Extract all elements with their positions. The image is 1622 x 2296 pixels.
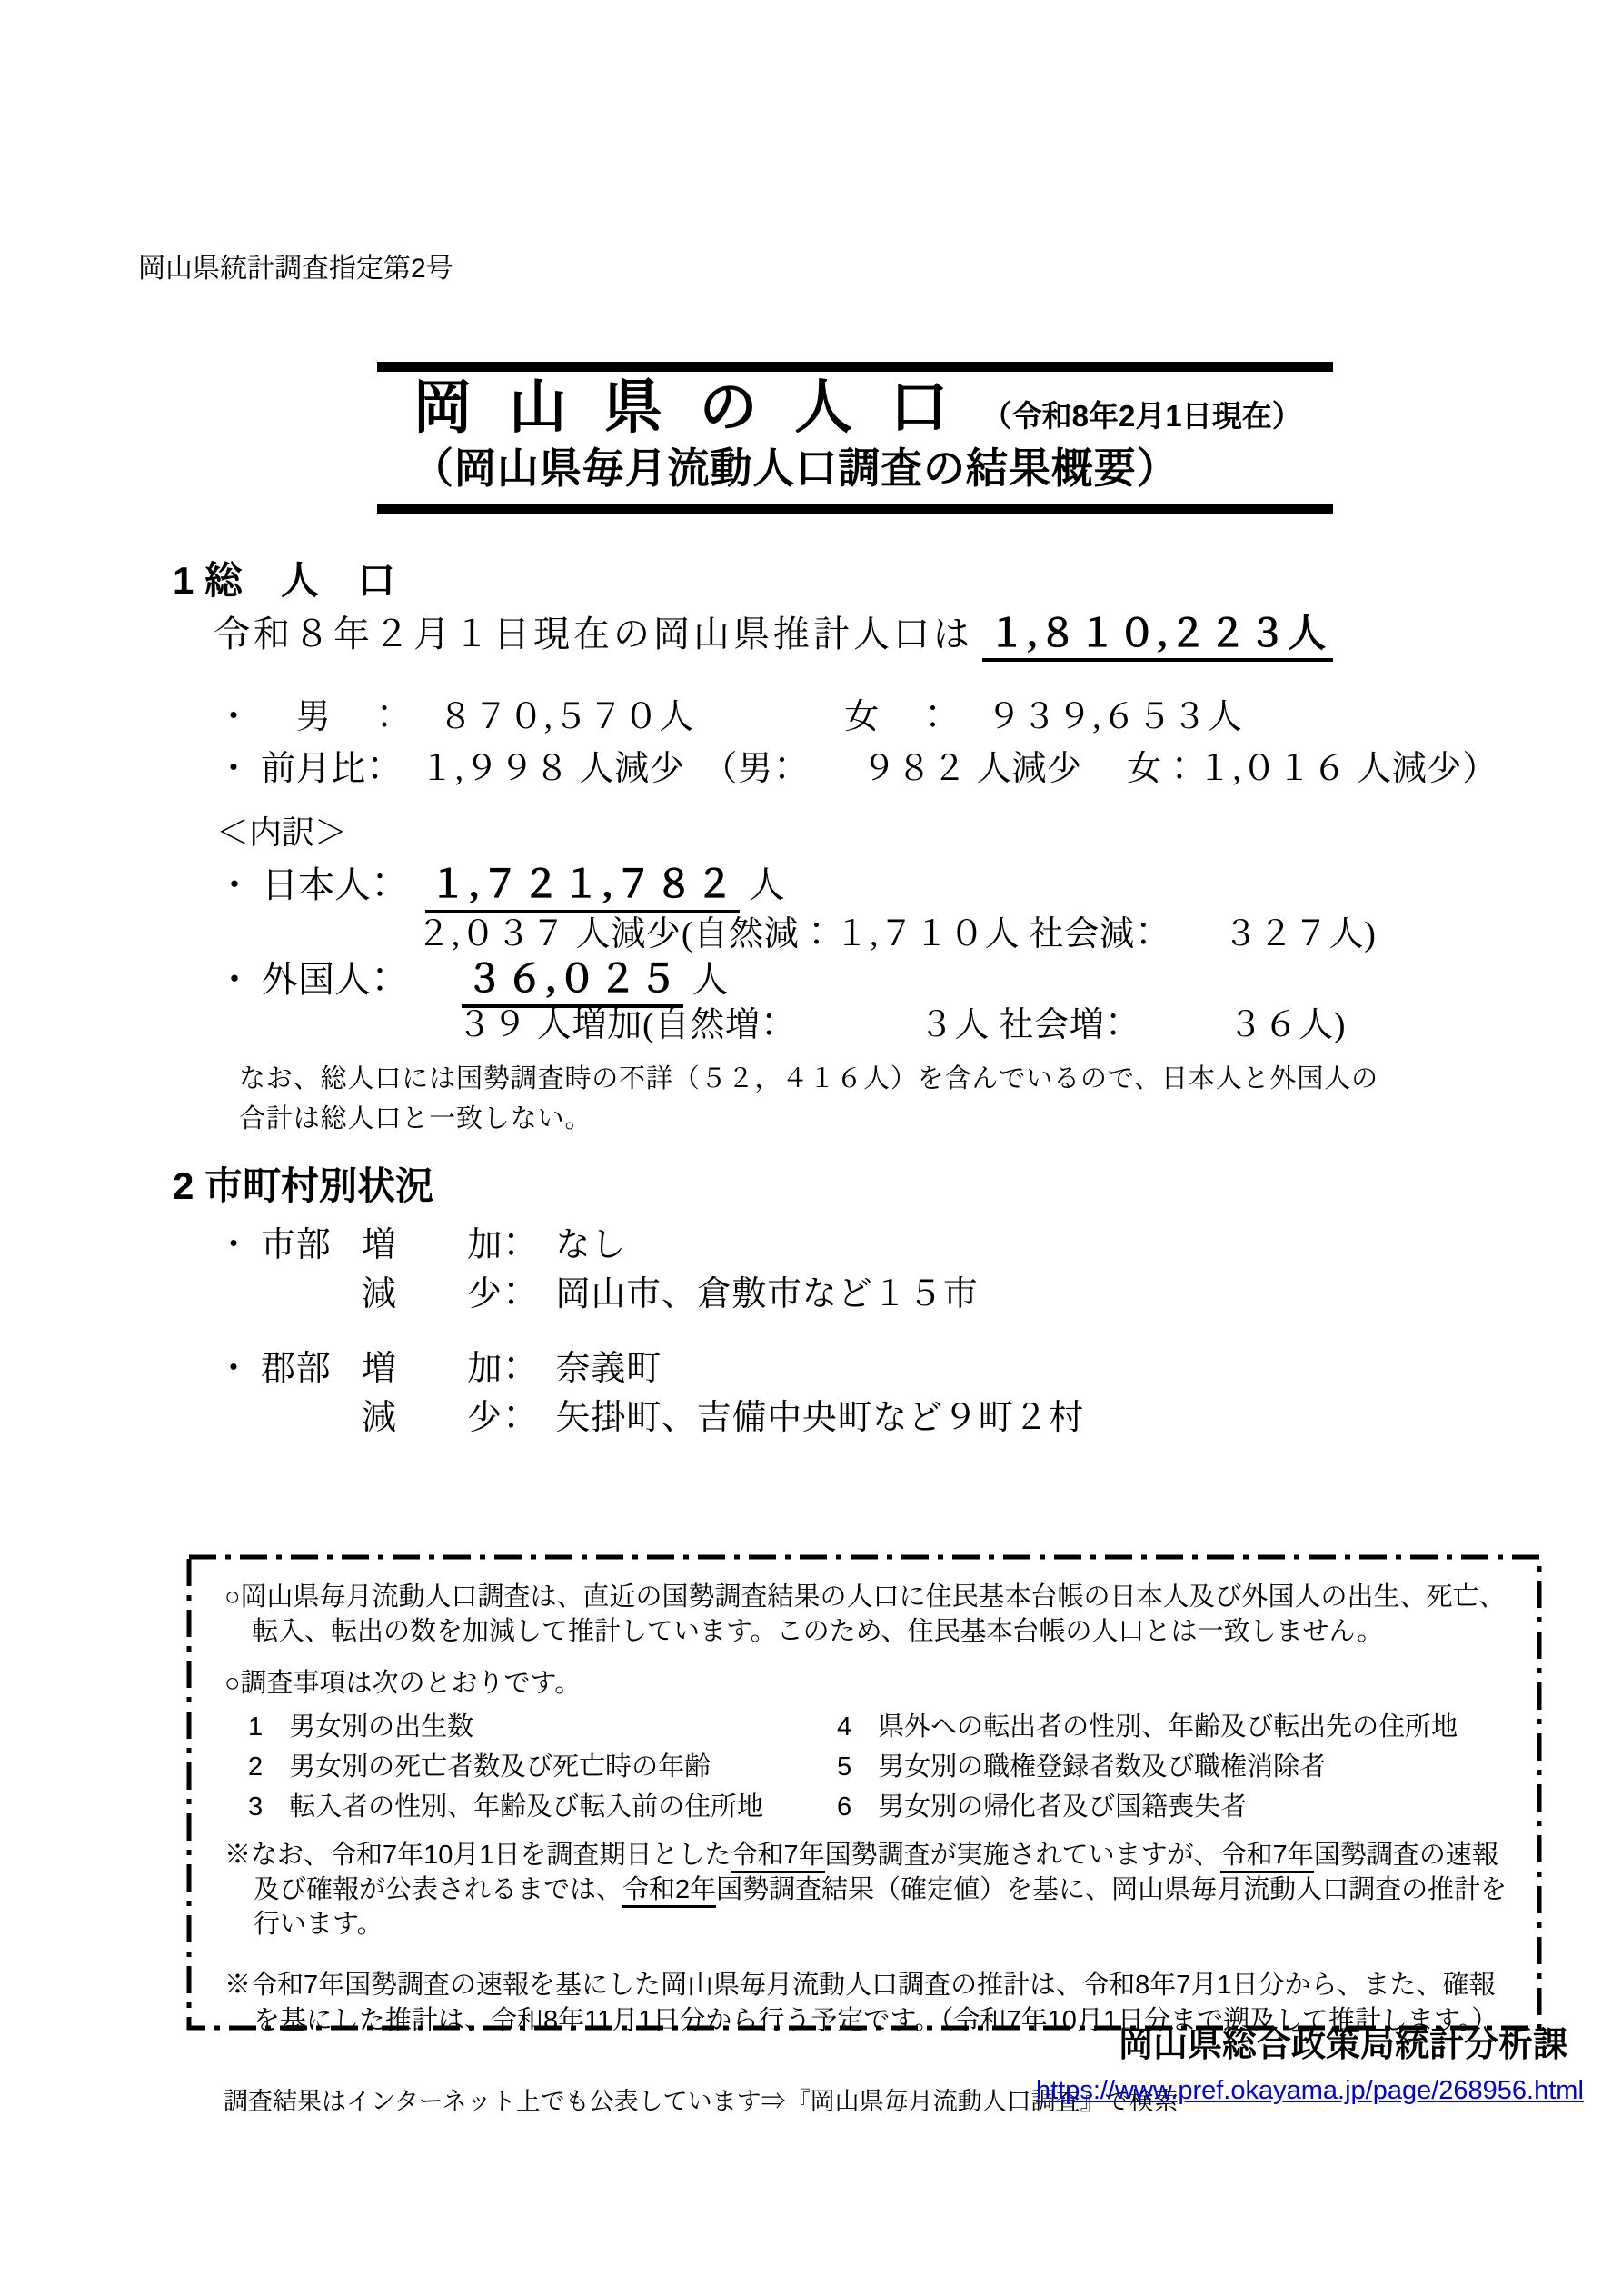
list-item: 3 転入者の性別、年齢及び転入前の住所地 6 男女別の帰化者及び国籍喪失者 (248, 1790, 1511, 1824)
title-block: 岡 山 県 の 人 口 （令和8年2月1日現在） （岡山県毎月流動人口調査の結果… (377, 362, 1333, 514)
info-box-paragraph-1: ○岡山県毎月流動人口調査は、直近の国勢調査結果の人口に住民基本台帳の日本人及び外… (224, 1580, 1511, 1650)
survey-item-1: 1 男女別の出生数 (248, 1710, 837, 1744)
title-bottom-rule (377, 504, 1333, 514)
footer-department: 岡山県総合政策局統計分析課 (1119, 2016, 1567, 2066)
city-decrease-text: 減 少： 岡山市、倉敷市など１５市 (362, 1265, 979, 1315)
survey-items-list: 1 男女別の出生数 4 県外への転出者の性別、年齢及び転出先の住所地 2 男女別… (224, 1710, 1511, 1825)
section1-note: なお、総人口には国勢調査時の不詳（５２，４１６人）を含んでいるので、日本人と外国… (239, 1060, 1378, 1139)
page-title: 岡 山 県 の 人 口 (413, 377, 959, 438)
survey-item-6: 6 男女別の帰化者及び国籍喪失者 (837, 1790, 1247, 1824)
total-population-value: １,８１０,２２３人 (982, 614, 1333, 662)
footer-url-link[interactable]: https://www.pref.okayama.jp/page/268956.… (1036, 2076, 1584, 2106)
foreigner-label: ・ 外国人： (216, 959, 462, 1000)
japanese-population-line: ・ 日本人： １,７２１,７８２ 人 (216, 854, 785, 909)
list-item: 2 男女別の死亡者数及び死亡時の年齢 5 男女別の職権登録者数及び職権消除者 (248, 1750, 1511, 1784)
county-marker: ・ 郡部 (216, 1340, 362, 1390)
survey-item-4: 4 県外への転出者の性別、年齢及び転出先の住所地 (837, 1710, 1458, 1744)
prev-month-line: ・ 前月比： １,９９８ 人減少 （男： ９８２ 人減少 女：１,０１６ 人減少… (216, 740, 1498, 790)
section1-heading: 1 総 人 口 (173, 551, 395, 605)
section2-heading: 2 市町村別状況 (173, 1156, 433, 1211)
japanese-unit: 人 (740, 864, 785, 905)
total-population-prefix: 令和８年２月１日現在の岡山県推計人口は (214, 614, 973, 654)
foreigner-change-line: ３９ 人増加(自然増： ３人 社会増： ３６人) (457, 996, 1346, 1046)
survey-item-3: 3 転入者の性別、年齢及び転入前の住所地 (248, 1790, 837, 1824)
city-marker: ・ 市部 (216, 1216, 362, 1266)
page-subtitle: （岡山県毎月流動人口調査の結果概要） (412, 445, 1333, 492)
japanese-change-line: ２,０３７ 人減少(自然減：１,７１０人 社会減： ３２７人) (416, 905, 1377, 955)
footer-search-hint: 調査結果はインターネット上でも公表しています⇒『岡山県毎月流動人口調査』で検索 (224, 2081, 1179, 2117)
survey-item-2: 2 男女別の死亡者数及び死亡時の年齢 (248, 1750, 837, 1784)
county-decrease-text: 減 少： 矢掛町、吉備中央町など９町２村 (362, 1389, 1084, 1439)
survey-item-5: 5 男女別の職権登録者数及び職権消除者 (837, 1750, 1326, 1784)
city-increase-row: ・ 市部 増 加： なし (216, 1216, 626, 1266)
info-box: ○岡山県毎月流動人口調査は、直近の国勢調査結果の人口に住民基本台帳の日本人及び外… (186, 1554, 1542, 2031)
total-population-line: 令和８年２月１日現在の岡山県推計人口は１,８１０,２２３人 (214, 604, 1333, 658)
document-page: 岡山県統計調査指定第2号 岡 山 県 の 人 口 （令和8年2月1日現在） （岡… (0, 0, 1622, 2296)
title-date-note: （令和8年2月1日現在） (982, 393, 1302, 435)
county-decrease-marker (216, 1389, 362, 1439)
title-top-rule (377, 362, 1333, 372)
city-decrease-marker (216, 1265, 362, 1315)
county-decrease-row: 減 少： 矢掛町、吉備中央町など９町２村 (216, 1389, 1084, 1439)
section1-note-line1: なお、総人口には国勢調査時の不詳（５２，４１６人）を含んでいるので、日本人と外国… (239, 1060, 1378, 1100)
city-increase-text: 増 加： なし (362, 1216, 626, 1266)
list-item: 1 男女別の出生数 4 県外への転出者の性別、年齢及び転出先の住所地 (248, 1710, 1511, 1744)
section1-note-line2: 合計は総人口と一致しない。 (239, 1100, 1378, 1140)
doc-number: 岡山県統計調査指定第2号 (138, 245, 453, 285)
county-increase-row: ・ 郡部 増 加： 奈義町 (216, 1340, 662, 1390)
breakdown-label: ＜内訳＞ (216, 807, 347, 854)
info-box-note-1: ※なお、令和7年10月1日を調査期日とした令和7年国勢調査が実施されていますが、… (224, 1838, 1511, 1942)
male-female-line: ・ 男 ： ８７０,５７０人 女 ： ９３９,６５３人 (216, 688, 1242, 738)
info-box-paragraph-2: ○調査事項は次のとおりです。 (224, 1666, 1511, 1701)
county-increase-text: 増 加： 奈義町 (362, 1340, 662, 1390)
japanese-label: ・ 日本人： (216, 864, 425, 905)
foreigner-unit: 人 (683, 959, 729, 1000)
city-decrease-row: 減 少： 岡山市、倉敷市など１５市 (216, 1265, 979, 1315)
foreigner-population-line: ・ 外国人： ３６,０２５ 人 (216, 949, 729, 1003)
